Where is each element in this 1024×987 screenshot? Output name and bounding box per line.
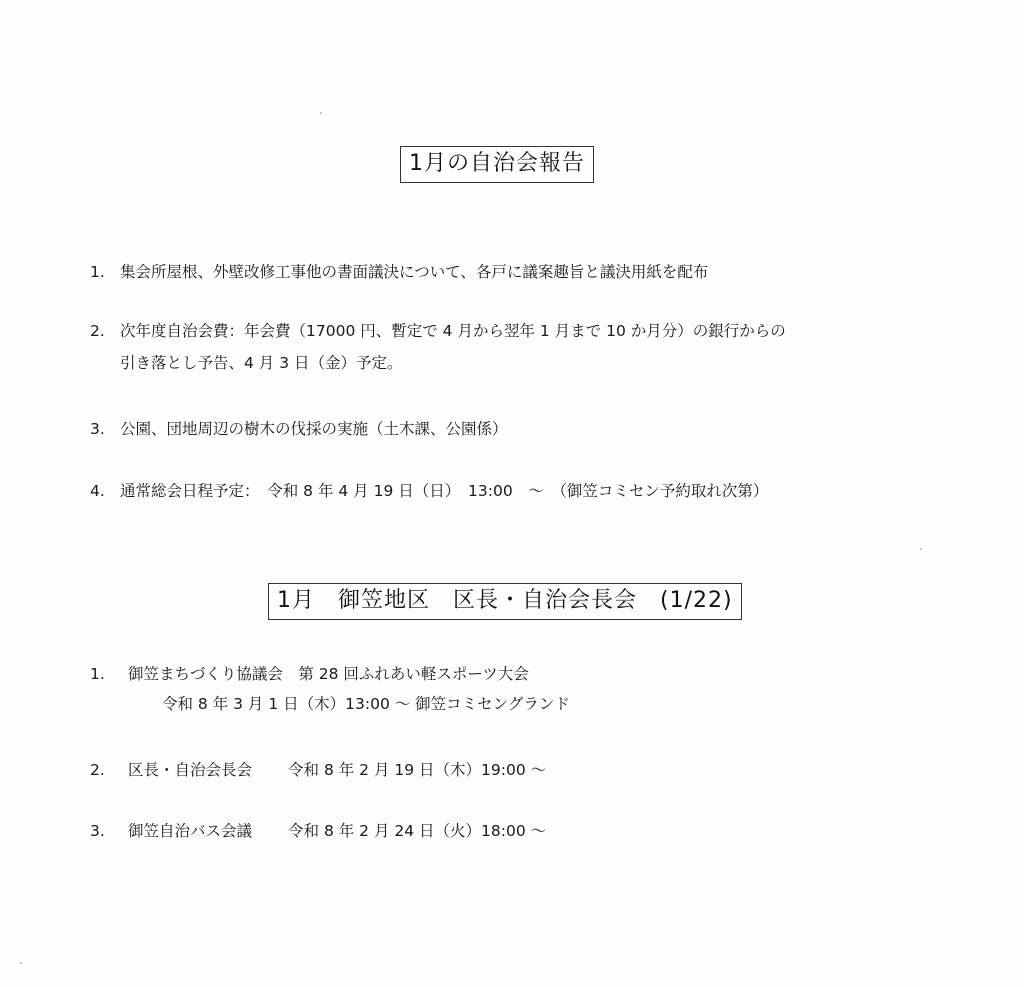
- meeting-item-3: 3.御笠自治バス会議令和 8 年 2 月 24 日（火）18:00 ～: [90, 821, 546, 841]
- item-number: 3.: [90, 821, 128, 841]
- item-number: 1.: [90, 262, 120, 282]
- item-number: 2.: [90, 321, 120, 341]
- report-item-1: 1.集会所屋根、外壁改修工事他の書面議決について、各戸に議案趣旨と議決用紙を配布: [90, 262, 708, 282]
- item-text: 次年度自治会費：年会費（17000 円、暫定で 4 月から翌年 1 月まで 10…: [120, 322, 786, 340]
- section-title-monthly-report: 1月の自治会報告: [400, 146, 594, 183]
- item-text: 御笠まちづくり協議会 第 28 回ふれあい軽スポーツ大会: [128, 665, 529, 683]
- item-text: 公園、団地周辺の樹木の伐採の実施（土木課、公園係）: [120, 420, 508, 438]
- scan-speck: [920, 548, 922, 550]
- item-number: 4.: [90, 481, 120, 501]
- item-date: 令和 8 年 2 月 24 日（火）18:00 ～: [288, 822, 546, 840]
- item-label: 区長・自治会長会: [128, 761, 252, 779]
- document-page: 1月の自治会報告 1.集会所屋根、外壁改修工事他の書面議決について、各戸に議案趣…: [0, 0, 1024, 987]
- item-date: 令和 8 年 2 月 19 日（木）19:00 ～: [288, 761, 546, 779]
- item-text: 通常総会日程予定： 令和 8 年 4 月 19 日（日） 13:00 ～ （御笠…: [120, 482, 768, 500]
- item-text-continued: 令和 8 年 3 月 1 日（木）13:00 ～ 御笠コミセングランド: [90, 694, 570, 714]
- meeting-item-1: 1.御笠まちづくり協議会 第 28 回ふれあい軽スポーツ大会 令和 8 年 3 …: [90, 664, 570, 714]
- scan-speck: [320, 112, 322, 114]
- item-text: 集会所屋根、外壁改修工事他の書面議決について、各戸に議案趣旨と議決用紙を配布: [120, 263, 708, 281]
- item-label: 御笠自治バス会議: [128, 822, 252, 840]
- item-number: 2.: [90, 760, 128, 780]
- item-number: 3.: [90, 419, 120, 439]
- section-title-district-meeting: 1月 御笠地区 区長・自治会長会 (1/22): [268, 583, 742, 620]
- meeting-item-2: 2.区長・自治会長会令和 8 年 2 月 19 日（木）19:00 ～: [90, 760, 546, 780]
- item-number: 1.: [90, 664, 128, 684]
- scan-speck: [20, 962, 22, 964]
- report-item-2: 2.次年度自治会費：年会費（17000 円、暫定で 4 月から翌年 1 月まで …: [90, 321, 786, 373]
- item-text-continued: 引き落とし予告、4 月 3 日（金）予定。: [90, 353, 786, 373]
- report-item-3: 3.公園、団地周辺の樹木の伐採の実施（土木課、公園係）: [90, 419, 508, 439]
- report-item-4: 4.通常総会日程予定： 令和 8 年 4 月 19 日（日） 13:00 ～ （…: [90, 481, 768, 501]
